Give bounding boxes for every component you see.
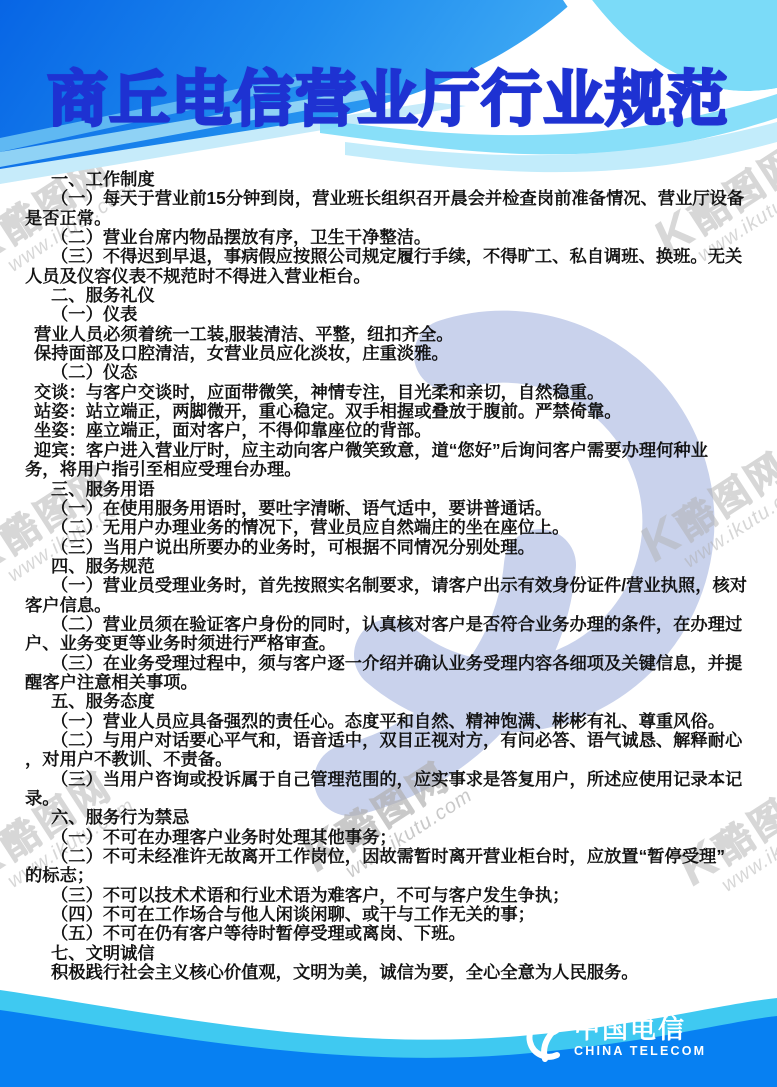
text-line: 四、服务规范 (25, 557, 757, 576)
text-line: 录。 (25, 789, 757, 808)
text-line: 交谈：与客户交谈时，应面带微笑，神情专注，目光柔和亲切，自然稳重。 (25, 383, 757, 402)
text-line: 务，将用户指引至相应受理台办理。 (25, 460, 757, 479)
text-line: （四）不可在工作场合与他人闲谈闲聊、或干与工作无关的事； (25, 905, 757, 924)
text-line: （五）不可在仍有客户等待时暂停受理或离岗、下班。 (25, 924, 757, 943)
text-line: （二）仪态 (25, 363, 757, 382)
footer-logo: 中国电信 CHINA TELECOM (524, 1014, 706, 1062)
text-line: 一、工作制度 (25, 170, 757, 189)
poster: 商丘电信营业厅行业规范 K酷图网www.ikutu.comK酷图网www.iku… (0, 0, 777, 1087)
text-line: 迎宾：客户进入营业厅时，应主动向客户微笑致意，道“您好”后询问客户需要办理何种业 (25, 441, 757, 460)
text-line: 三、服务用语 (25, 480, 757, 499)
text-line: （一）每天于营业前15分钟到岗，营业班长组织召开晨会并检查岗前准备情况、营业厅设… (25, 189, 757, 208)
china-telecom-logo-icon (524, 1014, 566, 1062)
text-line: 是否正常。 (25, 209, 757, 228)
text-line: 保持面部及口腔清洁，女营业员应化淡妆，庄重淡雅。 (25, 344, 757, 363)
text-line: 客户信息。 (25, 596, 757, 615)
text-line: 七、文明诚信 (25, 944, 757, 963)
text-line: （三）在业务受理过程中，须与客户逐一介绍并确认业务受理内容各细项及关键信息，并提 (25, 654, 757, 673)
text-line: ，对用户不教训、不责备。 (25, 750, 757, 769)
text-line: （二）与用户对话要心平气和，语音适中，双目正视对方，有问必答、语气诚恳、解释耐心 (25, 731, 757, 750)
text-line: 积极践行社会主义核心价值观，文明为美，诚信为要，全心全意为人民服务。 (25, 963, 757, 982)
text-line: 坐姿：座立端正，面对客户，不得仰靠座位的背部。 (25, 421, 757, 440)
text-line: （一）营业员受理业务时，首先按照实名制要求，请客户出示有效身份证件/营业执照，核… (25, 576, 757, 595)
text-line: （一）仪表 (25, 305, 757, 324)
text-line: 五、服务态度 (25, 692, 757, 711)
text-line: 人员及仪容仪表不规范时不得进入营业柜台。 (25, 267, 757, 286)
page-title: 商丘电信营业厅行业规范 (0, 52, 777, 138)
text-line: （二）不可未经准许无故离开工作岗位，因故需暂时离开营业柜台时，应放置“暂停受理” (25, 847, 757, 866)
text-line: （三）不可以技术术语和行业术语为难客户，不可与客户发生争执； (25, 886, 757, 905)
text-line: （一）不可在办理客户业务时处理其他事务； (25, 828, 757, 847)
text-line: （二）营业台席内物品摆放有序，卫生干净整洁。 (25, 228, 757, 247)
text-line: （一）营业人员应具备强烈的责任心。态度平和自然、精神饱满、彬彬有礼、尊重风俗。 (25, 712, 757, 731)
text-line: 六、服务行为禁忌 (25, 808, 757, 827)
text-line: （二）无用户办理业务的情况下，营业员应自然端庄的坐在座位上。 (25, 518, 757, 537)
text-line: （一）在使用服务用语时，要吐字清晰、语气适中，要讲普通话。 (25, 499, 757, 518)
text-line: 站姿：站立端正，两脚微开，重心稳定。双手相握或叠放于腹前。严禁倚靠。 (25, 402, 757, 421)
text-line: 户、业务变更等业务时须进行严格审查。 (25, 634, 757, 653)
text-line: 醒客户注意相关事项。 (25, 673, 757, 692)
text-line: （三）当用户咨询或投诉属于自己管理范围的，应实事求是答复用户，所述应使用记录本记 (25, 770, 757, 789)
footer-logo-cn-text: 中国电信 (574, 1014, 706, 1044)
text-line: 营业人员必须着统一工装,服装清洁、平整，纽扣齐全。 (25, 325, 757, 344)
text-line: 二、服务礼仪 (25, 286, 757, 305)
text-line: （三）当用户说出所要办的业务时，可根据不同情况分别处理。 (25, 538, 757, 557)
document-text: 一、工作制度（一）每天于营业前15分钟到岗，营业班长组织召开晨会并检查岗前准备情… (25, 170, 757, 982)
text-line: （三）不得迟到早退，事病假应按照公司规定履行手续，不得旷工、私自调班、换班。无关 (25, 247, 757, 266)
text-line: （二）营业员须在验证客户身份的同时，认真核对客户是否符合业务办理的条件，在办理过 (25, 615, 757, 634)
footer-logo-en-text: CHINA TELECOM (574, 1044, 706, 1058)
text-line: 的标志； (25, 866, 757, 885)
